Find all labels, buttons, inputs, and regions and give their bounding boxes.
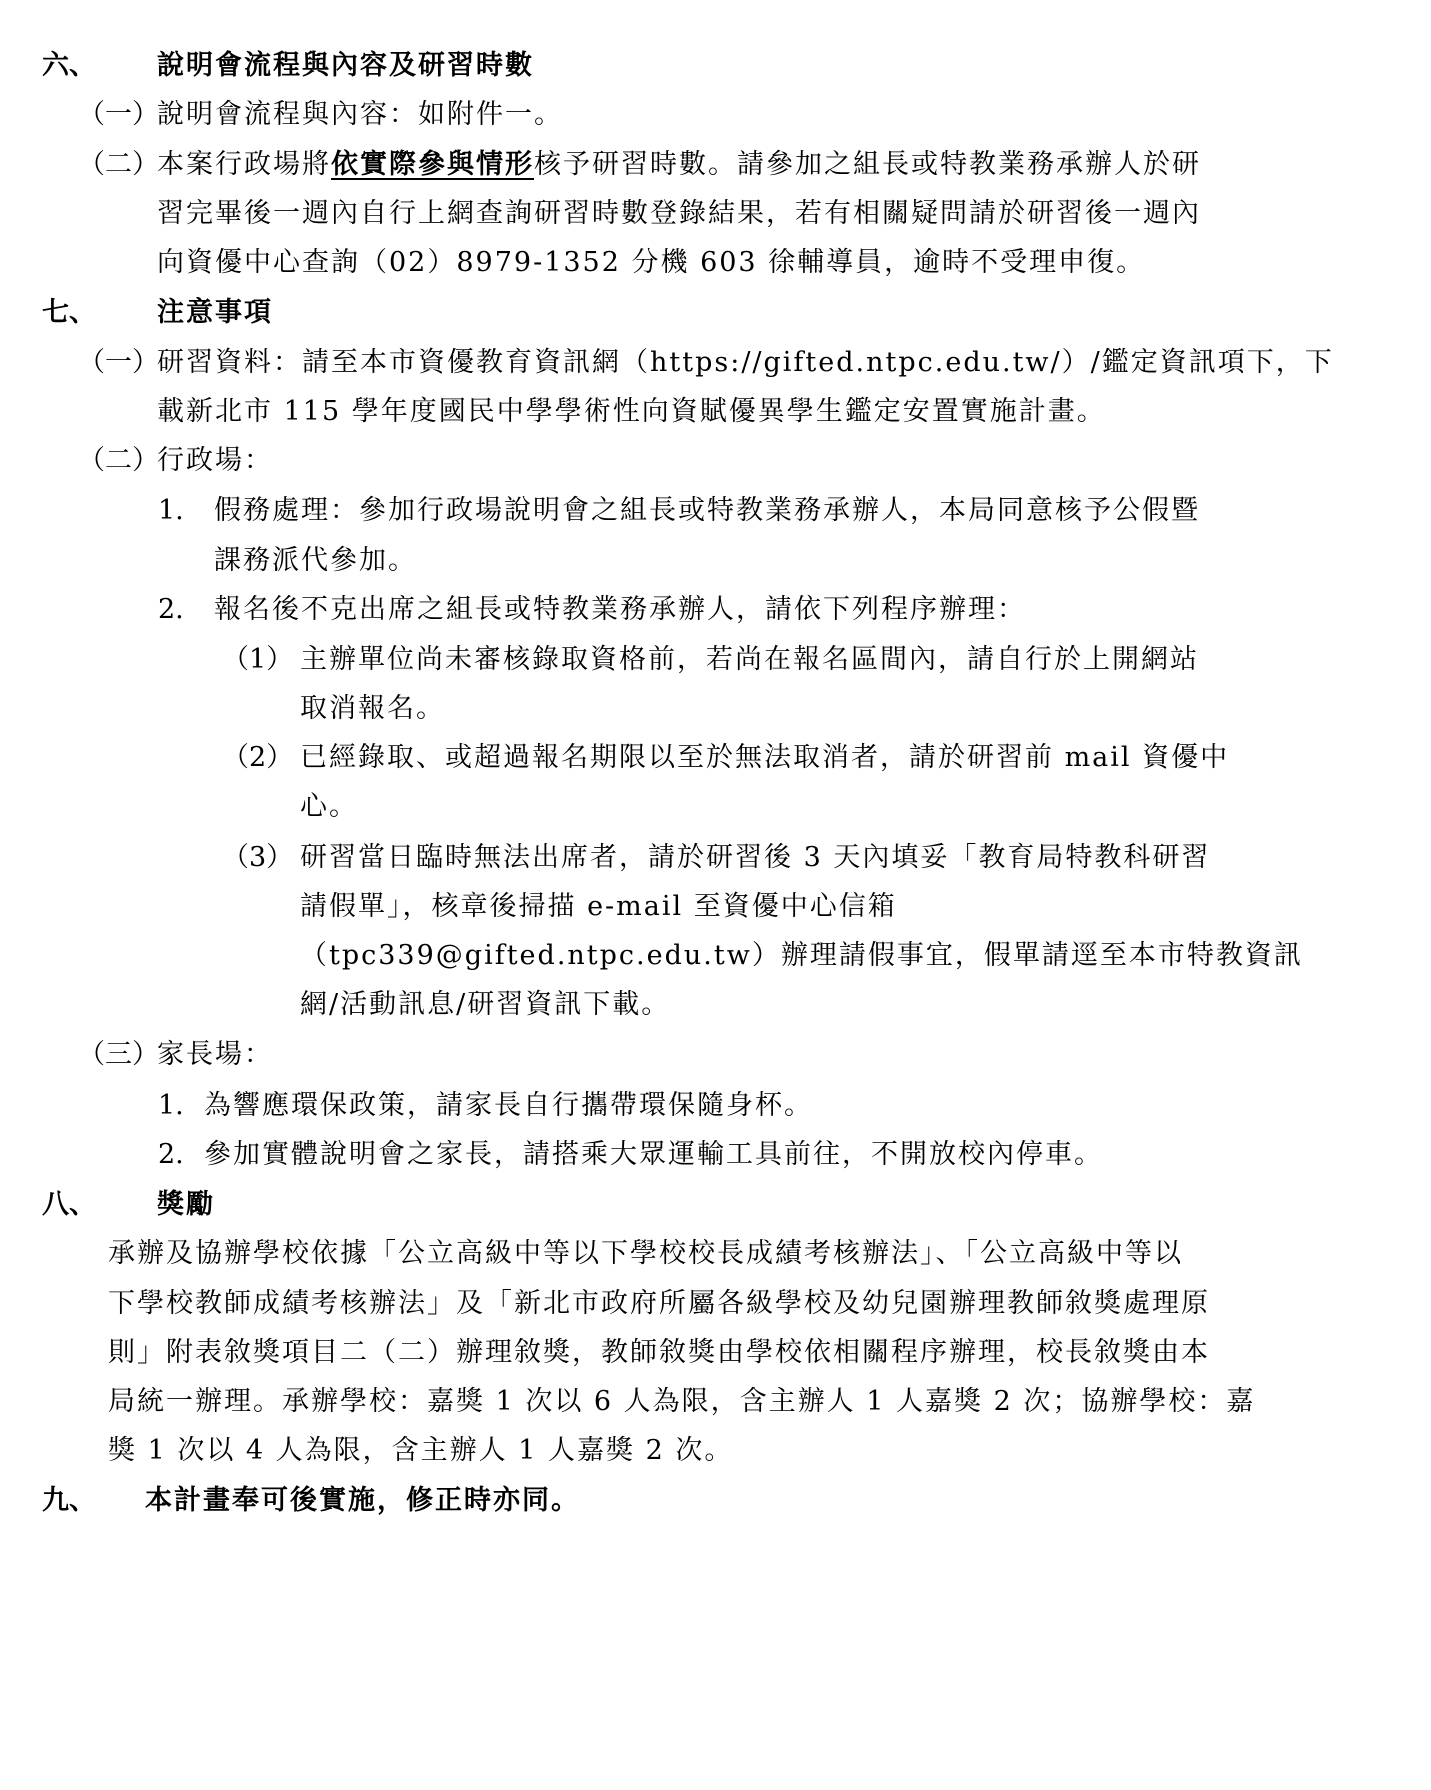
nested-text: 主辦單位尚未審核錄取資格前，若尚在報名區間內，請自行於上開網站 bbox=[300, 642, 1199, 678]
paragraph-line: 則」附表敘獎項目二（二）辦理敘獎，教師敘獎由學校依相關程序辦理，校長敘獎由本 bbox=[108, 1335, 1210, 1371]
subitem-text: 報名後不克出席之組長或特教業務承辦人，請依下列程序辦理： bbox=[214, 592, 1026, 628]
item-text: 行政場： bbox=[157, 443, 273, 479]
section-title: 注意事項 bbox=[157, 295, 273, 331]
item-text: 說明會流程與內容：如附件一。 bbox=[157, 97, 563, 133]
item-marker: （一） bbox=[78, 97, 159, 133]
section-title: 獎勵 bbox=[157, 1187, 215, 1223]
section-number: 九、 bbox=[42, 1483, 96, 1519]
item-text: 向資優中心查詢（02）8979-1352 分機 603 徐輔導員，逾時不受理申復… bbox=[157, 245, 1145, 281]
section-number: 七、 bbox=[42, 295, 96, 331]
item-text: 載新北市 115 學年度國民中學學術性向資賦優異學生鑑定安置實施計畫。 bbox=[157, 394, 1106, 430]
item-marker: （三） bbox=[78, 1037, 159, 1073]
section-title: 說明會流程與內容及研習時數 bbox=[157, 48, 534, 84]
subitem-marker: 2. bbox=[158, 592, 184, 628]
item-text: 研習資料：請至本市資優教育資訊網（https://gifted.ntpc.edu… bbox=[157, 345, 1334, 381]
text-suffix: 核予研習時數。請參加之組長或特教業務承辦人於研 bbox=[534, 149, 1201, 180]
nested-marker: （1） bbox=[222, 642, 293, 678]
nested-text: （tpc339@gifted.ntpc.edu.tw）辦理請假事宜，假單請逕至本… bbox=[300, 938, 1303, 974]
subitem-text: 課務派代參加。 bbox=[214, 543, 417, 579]
subitem-text: 假務處理：參加行政場說明會之組長或特教業務承辦人，本局同意核予公假暨 bbox=[214, 493, 1200, 529]
paragraph-line: 承辦及協辦學校依據「公立高級中等以下學校校長成績考核辦法」、「公立高級中等以 bbox=[108, 1236, 1183, 1272]
subitem-marker: 2. bbox=[158, 1137, 184, 1173]
section-number: 六、 bbox=[42, 48, 96, 84]
item-text: 家長場： bbox=[157, 1037, 273, 1073]
subitem-marker: 1. bbox=[158, 1088, 184, 1124]
paragraph-line: 局統一辦理。承辦學校：嘉獎 1 次以 6 人為限，含主辦人 1 人嘉獎 2 次；… bbox=[108, 1384, 1255, 1420]
nested-marker: （3） bbox=[222, 840, 293, 876]
nested-text: 取消報名。 bbox=[300, 691, 445, 727]
text-prefix: 本案行政場將 bbox=[157, 149, 331, 180]
section-number: 八、 bbox=[42, 1187, 96, 1223]
nested-marker: （2） bbox=[222, 740, 293, 776]
section-title: 本計畫奉可後實施，修正時亦同。 bbox=[145, 1483, 580, 1519]
paragraph-line: 獎 1 次以 4 人為限，含主辦人 1 人嘉獎 2 次。 bbox=[108, 1433, 733, 1469]
emphasis-text: 依實際參與情形 bbox=[331, 149, 534, 180]
item-text: 習完畢後一週內自行上網查詢研習時數登錄結果，若有相關疑問請於研習後一週內 bbox=[157, 196, 1201, 232]
nested-text: 心。 bbox=[300, 789, 358, 825]
nested-text: 請假單」，核章後掃描 e-mail 至資優中心信箱 bbox=[300, 889, 897, 925]
subitem-text: 參加實體說明會之家長，請搭乘大眾運輸工具前往，不開放校內停車。 bbox=[204, 1137, 1103, 1173]
subitem-text: 為響應環保政策，請家長自行攜帶環保隨身杯。 bbox=[204, 1088, 813, 1124]
nested-text: 研習當日臨時無法出席者，請於研習後 3 天內填妥「教育局特教科研習 bbox=[300, 840, 1210, 876]
item-marker: （二） bbox=[78, 443, 159, 479]
nested-text: 已經錄取、或超過報名期限以至於無法取消者，請於研習前 mail 資優中 bbox=[300, 740, 1229, 776]
paragraph-line: 下學校教師成績考核辦法」及「新北市政府所屬各級學校及幼兒園辦理教師敘獎處理原 bbox=[108, 1286, 1210, 1322]
item-text: 本案行政場將依實際參與情形核予研習時數。請參加之組長或特教業務承辦人於研 bbox=[157, 147, 1201, 183]
subitem-marker: 1. bbox=[158, 493, 184, 529]
item-marker: （二） bbox=[78, 147, 159, 183]
nested-text: 網/活動訊息/研習資訊下載。 bbox=[300, 987, 670, 1023]
item-marker: （一） bbox=[78, 345, 159, 381]
